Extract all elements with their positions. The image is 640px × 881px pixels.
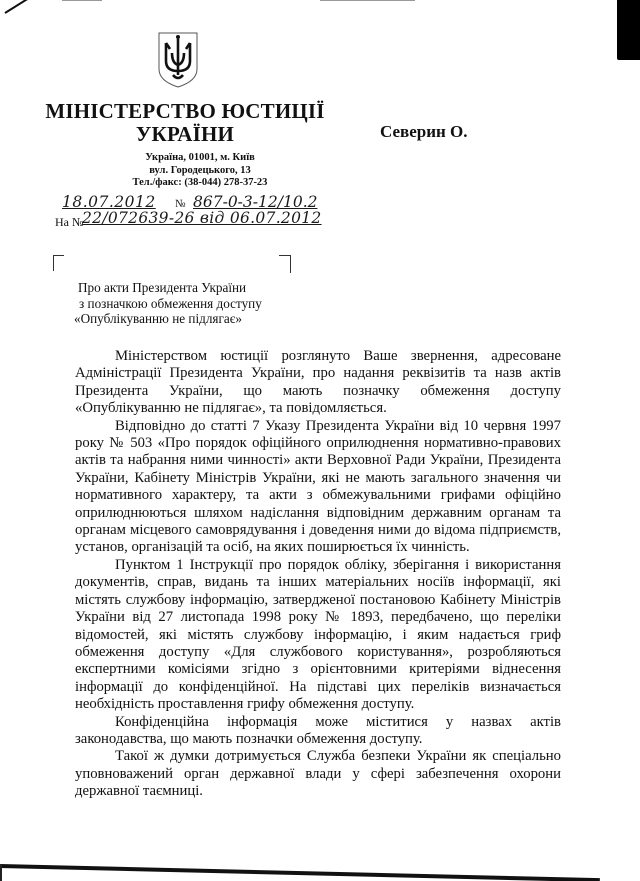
scan-artifact-page-edge xyxy=(0,864,600,881)
subject-line: Про акти Президента України xyxy=(78,280,262,296)
ministry-name-line2: УКРАЇНИ xyxy=(40,123,330,146)
subject-corner-mark-left xyxy=(53,255,64,271)
reference-number: 22/072639-26 від 06.07.2012 xyxy=(82,209,322,227)
subject-corner-mark-right xyxy=(279,255,291,273)
letter-body: Міністерством юстиції розглянуто Ваше зв… xyxy=(75,348,561,801)
subject-line: з позначкою обмеження доступу xyxy=(78,296,262,312)
address-line: вул. Городецького, 13 xyxy=(100,165,300,178)
body-paragraph: Конфіденційна інформація може міститися … xyxy=(75,714,561,749)
scan-artifact-top-mark xyxy=(62,0,102,1)
body-paragraph: Відповідно до статті 7 Указу Президента … xyxy=(75,418,561,557)
trident-coat-of-arms-icon xyxy=(157,31,199,89)
recipient-name: Северин О. xyxy=(380,122,468,142)
scan-artifact-slash xyxy=(4,0,31,14)
body-paragraph: Міністерством юстиції розглянуто Ваше зв… xyxy=(75,348,561,418)
body-paragraph: Пунктом 1 Інструкції про порядок обліку,… xyxy=(75,557,561,714)
ministry-name-line1: МІНІСТЕРСТВО ЮСТИЦІЇ xyxy=(40,100,330,123)
scan-artifact-black-bar xyxy=(617,0,640,60)
subject-line: «Опублікуванню не підлягає» xyxy=(74,311,262,327)
reference-number-label: На № xyxy=(55,215,83,230)
body-paragraph: Такої ж думки дотримується Служба безпек… xyxy=(75,748,561,800)
letter-subject: Про акти Президента України з позначкою … xyxy=(78,280,262,327)
phone-fax-line: Тел./факс: (38-044) 278-37-23 xyxy=(100,177,300,190)
ministry-name: МІНІСТЕРСТВО ЮСТИЦІЇ УКРАЇНИ xyxy=(40,100,330,146)
scan-artifact-page-edge xyxy=(0,864,2,881)
ministry-address: Україна, 01001, м. Київ вул. Городецьког… xyxy=(100,152,300,190)
address-line: Україна, 01001, м. Київ xyxy=(100,152,300,165)
scan-artifact-top-mark xyxy=(320,0,415,1)
